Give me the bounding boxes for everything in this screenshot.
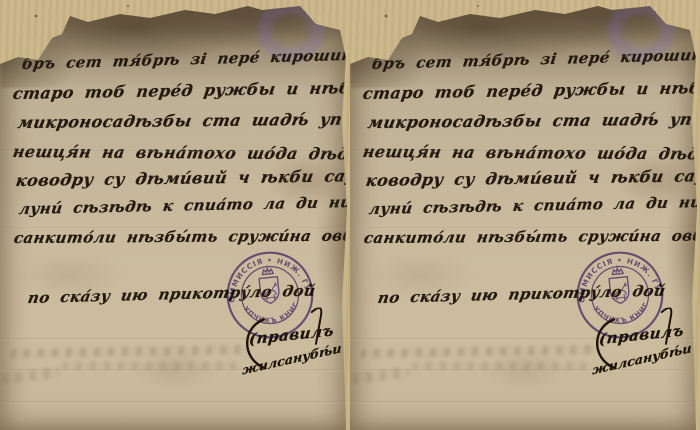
handwritten-line: микроносадѣзбы ста шадѣ́ упищѣ ськтена ц…	[365, 105, 700, 137]
handwritten-line: старо тоб пере́д ружбы и нѣбосо́к ня бан…	[361, 73, 700, 108]
manuscript-photo: бръ сет тя́брѣ зі пере́ кирошит ни старо…	[0, 0, 350, 430]
handwritten-line: луни́ сѣзѣдѣ к спиа́то ла ди ни чина́ты	[367, 188, 700, 224]
stamp-coat-of-arms-deer-icon	[258, 265, 280, 304]
handwritten-line: старо тоб пере́д ружбы и нѣбосо́к ня бан…	[11, 73, 350, 108]
handwritten-line: луни́ сѣзѣдѣ к спиа́то ла ди ни чина́ты	[17, 188, 350, 224]
manuscript-photo: бръ сет тя́брѣ зі пере́ кирошит ни старо…	[350, 0, 700, 430]
fold-crease	[350, 401, 695, 403]
duplicated-photo-strip: бръ сет тя́брѣ зі пере́ кирошит ни старо…	[0, 0, 700, 430]
bleedthrough-ghost-writing	[352, 366, 411, 385]
fold-crease	[0, 401, 345, 403]
fold-crease	[350, 369, 695, 371]
bleedthrough-ghost-writing	[360, 345, 598, 358]
bleedthrough-ghost-writing	[412, 362, 587, 370]
clerk-note: (правилъ жилсанубѣ́и	[249, 322, 350, 369]
handwritten-text-block: бръ сет тя́брѣ зі пере́ кирошит ни старо…	[350, 50, 700, 253]
bleedthrough-ghost-writing	[62, 362, 237, 370]
handwritten-line: микроносадѣзбы ста шадѣ́ упищѣ ськтена ц…	[15, 105, 350, 137]
bleedthrough-ghost-writing	[10, 345, 248, 358]
manuscript-sheet: бръ сет тя́брѣ зі пере́ кирошит ни старо…	[350, 0, 700, 430]
bleedthrough-ghost-writing	[2, 366, 61, 385]
fold-crease	[0, 369, 345, 371]
clerk-note: (правилъ жилсанубѣ́и	[599, 322, 700, 369]
handwritten-text-block: бръ сет тя́брѣ зі пере́ кирошит ни старо…	[0, 50, 350, 253]
manuscript-sheet: бръ сет тя́брѣ зі пере́ кирошит ни старо…	[0, 0, 350, 430]
stamp-coat-of-arms-deer-icon	[608, 265, 630, 304]
